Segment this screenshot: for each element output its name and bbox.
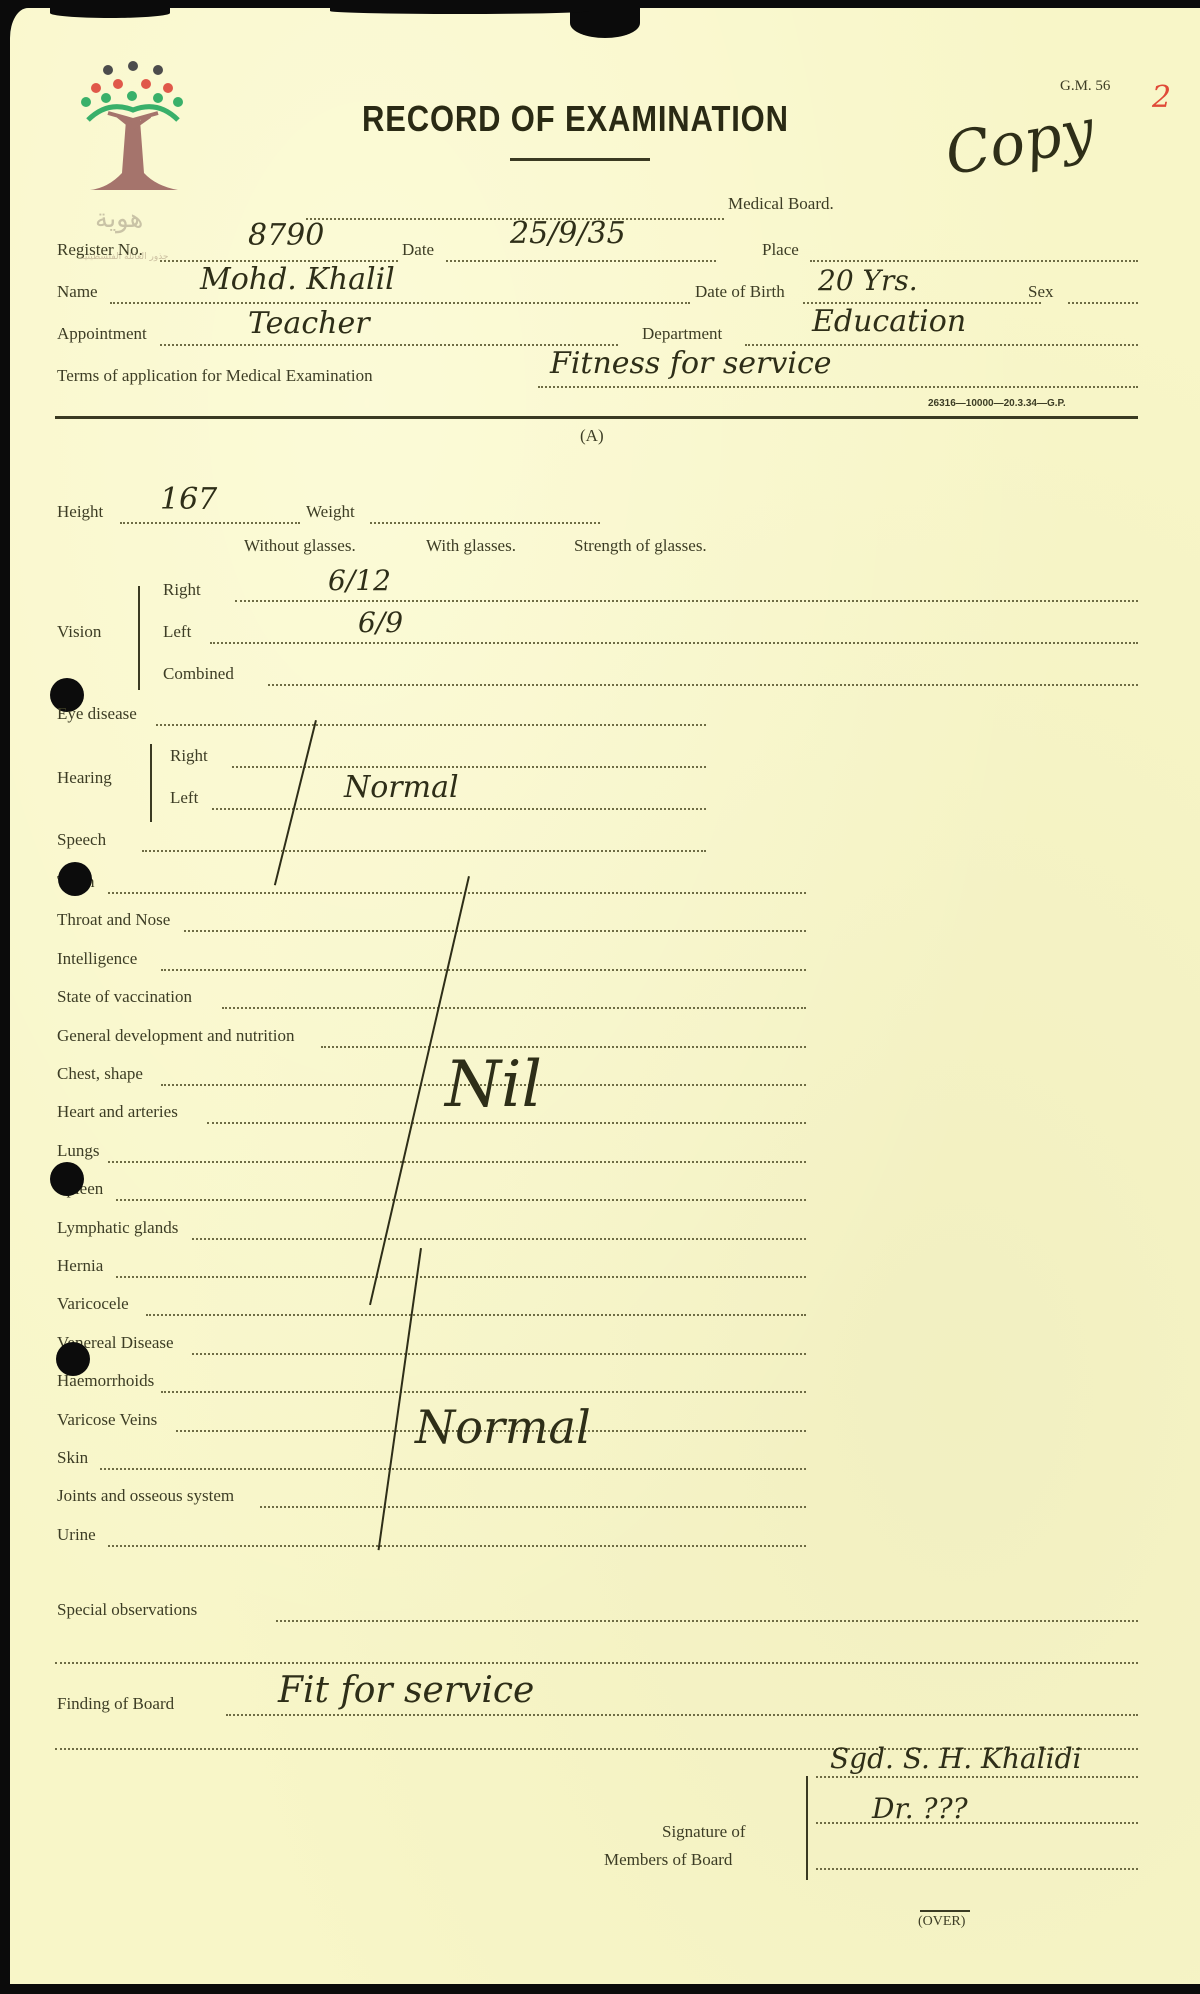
signature-label-line1: Signature of — [662, 1822, 746, 1842]
punch-hole — [58, 862, 92, 896]
finding-value[interactable]: Fit for service — [278, 1670, 534, 1711]
date-of-birth-label: Date of Birth — [695, 282, 785, 302]
header-divider — [55, 416, 1138, 419]
vision-col-with-glasses: With glasses. — [426, 536, 516, 556]
appointment-label: Appointment — [57, 324, 147, 344]
hearing-brace — [150, 744, 152, 822]
appointment-value[interactable]: Teacher — [248, 306, 370, 341]
exam-item-label: State of vaccination — [57, 987, 192, 1007]
height-line — [120, 522, 300, 524]
place-label: Place — [762, 240, 799, 260]
signature-2[interactable]: Dr. ??? — [872, 1792, 968, 1825]
punch-hole — [56, 1342, 90, 1376]
exam-item-field[interactable] — [100, 1468, 806, 1470]
exam-item-label: Joints and osseous system — [57, 1486, 234, 1506]
vision-combined-field[interactable] — [268, 684, 1138, 686]
height-label: Height — [57, 502, 103, 522]
scan-edge-shadow — [330, 8, 590, 14]
exam-item-field[interactable] — [116, 1276, 806, 1278]
date-value[interactable]: 25/9/35 — [510, 216, 626, 251]
exam-item-field[interactable] — [108, 1161, 806, 1163]
title-underline — [510, 158, 650, 161]
exam-item-field[interactable] — [108, 1545, 806, 1547]
exam-item-field[interactable] — [184, 930, 806, 932]
vision-brace — [138, 586, 140, 690]
hearing-left-label: Left — [170, 788, 198, 808]
vision-col-without-glasses: Without glasses. — [244, 536, 356, 556]
exam-item-label: Intelligence — [57, 949, 137, 969]
exam-item-label: General development and nutrition — [57, 1026, 294, 1046]
exam-item-field[interactable] — [146, 1314, 806, 1316]
weight-label: Weight — [306, 502, 355, 522]
watermark-title: هوية — [95, 204, 143, 234]
height-value[interactable]: 167 — [160, 482, 217, 517]
vision-left-label: Left — [163, 622, 191, 642]
over-label: (OVER) — [918, 1914, 965, 1930]
exam-item-label: Urine — [57, 1525, 96, 1545]
exam-item-field[interactable] — [161, 969, 806, 971]
signature-label-line2: Members of Board — [604, 1850, 732, 1870]
finding-line — [226, 1714, 1138, 1716]
exam-item-field[interactable] — [108, 892, 806, 894]
signature-line-2 — [816, 1822, 1138, 1824]
hearing-value[interactable]: Normal — [344, 770, 459, 805]
terms-label: Terms of application for Medical Examina… — [57, 366, 373, 386]
signature-line-1 — [816, 1776, 1138, 1778]
exam-item-field[interactable] — [260, 1506, 806, 1508]
sex-field[interactable] — [1068, 302, 1138, 304]
vision-right-value[interactable]: 6/12 — [328, 564, 391, 597]
exam-item-field[interactable] — [161, 1391, 806, 1393]
speech-field[interactable] — [142, 850, 706, 852]
finding-label: Finding of Board — [57, 1694, 174, 1714]
printer-code: 26316—10000—20.3.34—G.P. — [928, 398, 1066, 409]
exam-item-label: Lungs — [57, 1141, 100, 1161]
signature-line-3[interactable] — [816, 1868, 1138, 1870]
date-label: Date — [402, 240, 434, 260]
scan-edge-shadow — [50, 8, 170, 18]
exam-item-label: Hernia — [57, 1256, 103, 1276]
chest-group-value[interactable]: Nil — [445, 1048, 542, 1122]
eye-disease-field[interactable] — [156, 724, 706, 726]
vision-right-line — [235, 600, 1138, 602]
vision-left-line — [210, 642, 1138, 644]
scan-edge-shadow — [570, 8, 640, 38]
special-observations-field-2[interactable] — [55, 1662, 1138, 1664]
weight-field[interactable] — [370, 522, 600, 524]
exam-item-field[interactable] — [192, 1238, 806, 1240]
special-observations-field[interactable] — [276, 1620, 1138, 1622]
vision-right-label: Right — [163, 580, 201, 600]
document-page: هوية جذور العائلة الفلسطينية RECORD OF E… — [10, 8, 1200, 1984]
sex-label: Sex — [1028, 282, 1054, 302]
register-no-value[interactable]: 8790 — [248, 218, 324, 253]
exam-item-label: Chest, shape — [57, 1064, 143, 1084]
copy-mark: Copy — [940, 96, 1099, 189]
form-title: RECORD OF EXAMINATION — [362, 98, 789, 140]
special-observations-label: Special observations — [57, 1600, 197, 1620]
exam-item-label: Varicocele — [57, 1294, 129, 1314]
hearing-label: Hearing — [57, 768, 112, 788]
exam-item-label: Skin — [57, 1448, 88, 1468]
exam-item-label: Varicose Veins — [57, 1410, 157, 1430]
signature-1[interactable]: Sgd. S. H. Khalidi — [830, 1742, 1081, 1775]
exam-item-field[interactable] — [116, 1199, 806, 1201]
vision-combined-label: Combined — [163, 664, 234, 684]
department-label: Department — [642, 324, 722, 344]
exam-item-label: Throat and Nose — [57, 910, 170, 930]
exam-item-field[interactable] — [222, 1007, 806, 1009]
medical-board-label: Medical Board. — [728, 194, 834, 214]
date-line — [446, 260, 716, 262]
date-of-birth-value[interactable]: 20 Yrs. — [818, 264, 918, 297]
register-no-label: Register No. — [57, 240, 143, 260]
exam-item-label: Heart and arteries — [57, 1102, 178, 1122]
hearing-left-line — [212, 808, 706, 810]
name-line — [110, 302, 690, 304]
over-overline — [920, 1910, 970, 1912]
name-label: Name — [57, 282, 98, 302]
exam-item-label: Lymphatic glands — [57, 1218, 178, 1238]
terms-value[interactable]: Fitness for service — [550, 346, 832, 381]
vision-col-strength: Strength of glasses. — [574, 536, 707, 556]
name-value[interactable]: Mohd. Khalil — [200, 262, 395, 297]
form-number: G.M. 56 — [1060, 78, 1110, 95]
ditto-stroke — [274, 720, 317, 885]
exam-item-field[interactable] — [192, 1353, 806, 1355]
place-field[interactable] — [810, 260, 1138, 262]
speech-label: Speech — [57, 830, 106, 850]
eye-disease-label: Eye disease — [57, 704, 137, 724]
signature-brace — [806, 1776, 808, 1880]
exam-item-field[interactable] — [321, 1046, 806, 1048]
section-label: (A) — [580, 426, 604, 446]
lower-group-value[interactable]: Normal — [415, 1400, 591, 1454]
hearing-right-label: Right — [170, 746, 208, 766]
exam-item-field[interactable] — [207, 1122, 806, 1124]
vision-left-value[interactable]: 6/9 — [358, 606, 403, 639]
terms-line — [538, 386, 1138, 388]
page-mark: 2 — [1152, 80, 1171, 115]
punch-hole — [50, 1162, 84, 1196]
department-value[interactable]: Education — [812, 304, 966, 339]
family-tree-logo-icon — [78, 58, 188, 218]
vision-label: Vision — [57, 622, 101, 642]
